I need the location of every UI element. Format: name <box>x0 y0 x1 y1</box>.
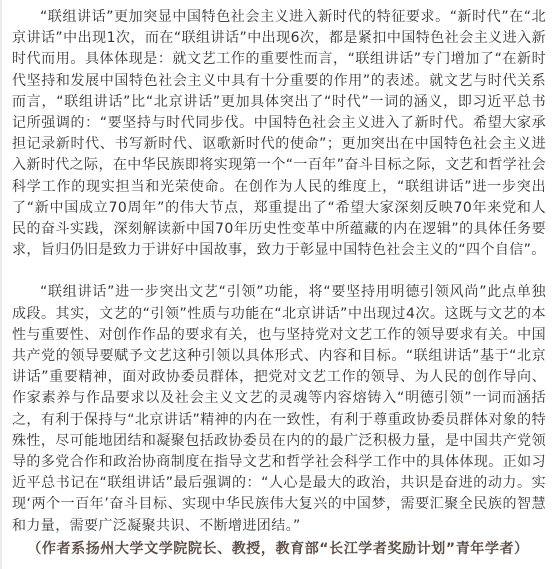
article-paragraph-1: “联组讲话”更加突显中国特色社会主义进入新时代的特征要求。“新时代”在“北京讲话… <box>12 7 546 261</box>
author-byline: （作者系扬州大学文学院院长、教授，教育部“长江学者奖励计划”青年学者） <box>2 539 554 559</box>
article-paragraph-2: “联组讲话”进一步突出文艺“引领”功能，将“要坚持用明德引领风尚”此点单独成段。… <box>12 282 546 536</box>
article-body: “联组讲话”更加突显中国特色社会主义进入新时代的特征要求。“新时代”在“北京讲话… <box>0 0 554 569</box>
